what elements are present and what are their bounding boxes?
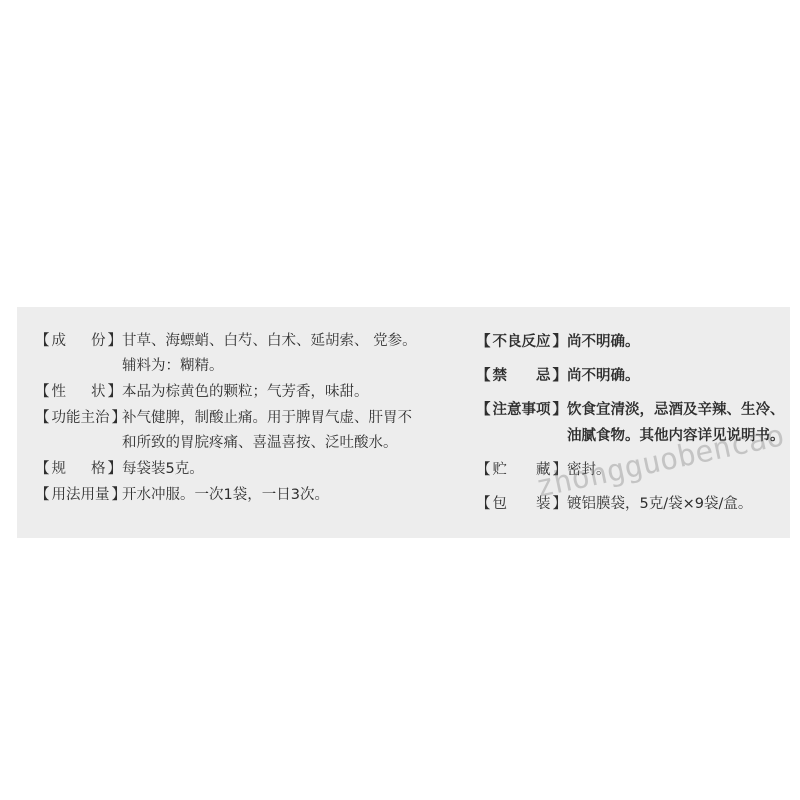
entry-label: 【 用法用量 】 xyxy=(35,483,122,508)
entry-label: 【 规 格 】 xyxy=(35,457,122,482)
right-column: 【 不良反应 】 尚不明确。 【 禁 忌 】 尚不明确。 xyxy=(476,329,786,525)
label-char: 状 xyxy=(91,380,106,405)
close-bracket: 】 xyxy=(553,329,568,355)
open-bracket: 【 xyxy=(476,491,491,517)
entry-adverse-reactions: 【 不良反应 】 尚不明确。 xyxy=(476,329,786,355)
value-line: 甘草、海螵蛸、白芍、白术、延胡索、 党参。 xyxy=(122,329,455,354)
entry-indications: 【 功能主治 】 补气健脾，制酸止痛。用于脾胃气虚、肝胃不 和所致的胃脘疼痛、喜… xyxy=(35,406,455,456)
entry-description: 【 性 状 】 本品为棕黄色的颗粒；气芳香，味甜。 xyxy=(35,380,455,405)
entry-dosage: 【 用法用量 】 开水冲服。一次1袋，一日3次。 xyxy=(35,483,455,508)
label-char: 用法用量 xyxy=(52,483,110,508)
entry-value: 镀铝膜袋，5克/袋×9袋/盒。 xyxy=(567,491,786,517)
label-char: 不良反应 xyxy=(493,329,551,355)
entry-value: 每袋装5克。 xyxy=(122,457,455,482)
entry-label: 【 功能主治 】 xyxy=(35,406,122,431)
entry-value: 尚不明确。 xyxy=(567,363,786,389)
value-line: 尚不明确。 xyxy=(567,363,786,389)
entry-label: 【 包 装 】 xyxy=(476,491,567,517)
close-bracket: 】 xyxy=(108,457,123,482)
entry-label: 【 性 状 】 xyxy=(35,380,122,405)
open-bracket: 【 xyxy=(35,380,50,405)
entry-label: 【 不良反应 】 xyxy=(476,329,567,355)
entry-packaging: 【 包 装 】 镀铝膜袋，5克/袋×9袋/盒。 xyxy=(476,491,786,517)
open-bracket: 【 xyxy=(35,406,50,431)
label-char: 格 xyxy=(91,457,106,482)
entry-specification: 【 规 格 】 每袋装5克。 xyxy=(35,457,455,482)
open-bracket: 【 xyxy=(35,329,50,354)
value-line: 开水冲服。一次1袋，一日3次。 xyxy=(122,483,455,508)
label-panel: 【 成 份 】 甘草、海螵蛸、白芍、白术、延胡索、 党参。 辅料为：糊精。 【 … xyxy=(17,307,790,538)
entry-precautions: 【 注意事项 】 饮食宜清淡，忌酒及辛辣、生冷、 油腻食物。其他内容详见说明书。 xyxy=(476,397,786,449)
open-bracket: 【 xyxy=(476,329,491,355)
entry-value: 本品为棕黄色的颗粒；气芳香，味甜。 xyxy=(122,380,455,405)
open-bracket: 【 xyxy=(35,483,50,508)
label-char: 忌 xyxy=(536,363,551,389)
value-line: 本品为棕黄色的颗粒；气芳香，味甜。 xyxy=(122,380,455,405)
open-bracket: 【 xyxy=(476,397,491,423)
entry-value: 甘草、海螵蛸、白芍、白术、延胡索、 党参。 辅料为：糊精。 xyxy=(122,329,455,379)
entry-label: 【 禁 忌 】 xyxy=(476,363,567,389)
entry-storage: 【 贮 藏 】 密封。 xyxy=(476,457,786,483)
open-bracket: 【 xyxy=(476,363,491,389)
label-char: 份 xyxy=(91,329,106,354)
value-line: 补气健脾，制酸止痛。用于脾胃气虚、肝胃不 xyxy=(122,406,455,431)
label-char: 贮 xyxy=(493,457,508,483)
label-char: 规 xyxy=(52,457,67,482)
open-bracket: 【 xyxy=(35,457,50,482)
close-bracket: 】 xyxy=(553,397,568,423)
entry-value: 尚不明确。 xyxy=(567,329,786,355)
entry-ingredients: 【 成 份 】 甘草、海螵蛸、白芍、白术、延胡索、 党参。 辅料为：糊精。 xyxy=(35,329,455,379)
value-line: 油腻食物。其他内容详见说明书。 xyxy=(567,423,786,449)
value-line: 辅料为：糊精。 xyxy=(122,354,455,379)
entry-label: 【 成 份 】 xyxy=(35,329,122,354)
label-char: 性 xyxy=(52,380,67,405)
entry-value: 密封。 xyxy=(567,457,786,483)
value-line: 密封。 xyxy=(567,457,786,483)
label-char: 藏 xyxy=(536,457,551,483)
entry-value: 开水冲服。一次1袋，一日3次。 xyxy=(122,483,455,508)
close-bracket: 】 xyxy=(108,380,123,405)
entry-value: 饮食宜清淡，忌酒及辛辣、生冷、 油腻食物。其他内容详见说明书。 xyxy=(567,397,786,449)
close-bracket: 】 xyxy=(553,363,568,389)
entry-contraindications: 【 禁 忌 】 尚不明确。 xyxy=(476,363,786,389)
value-line: 饮食宜清淡，忌酒及辛辣、生冷、 xyxy=(567,397,786,423)
left-column: 【 成 份 】 甘草、海螵蛸、白芍、白术、延胡索、 党参。 辅料为：糊精。 【 … xyxy=(35,329,455,509)
close-bracket: 】 xyxy=(108,329,123,354)
value-line: 镀铝膜袋，5克/袋×9袋/盒。 xyxy=(567,491,786,517)
label-char: 成 xyxy=(52,329,67,354)
value-line: 每袋装5克。 xyxy=(122,457,455,482)
label-char: 注意事项 xyxy=(493,397,551,423)
entry-value: 补气健脾，制酸止痛。用于脾胃气虚、肝胃不 和所致的胃脘疼痛、喜温喜按、泛吐酸水。 xyxy=(122,406,455,456)
open-bracket: 【 xyxy=(476,457,491,483)
close-bracket: 】 xyxy=(553,457,568,483)
close-bracket: 】 xyxy=(553,491,568,517)
label-char: 功能主治 xyxy=(52,406,110,431)
label-char: 装 xyxy=(536,491,551,517)
value-line: 和所致的胃脘疼痛、喜温喜按、泛吐酸水。 xyxy=(122,431,455,456)
entry-label: 【 注意事项 】 xyxy=(476,397,567,423)
label-char: 包 xyxy=(493,491,508,517)
entry-label: 【 贮 藏 】 xyxy=(476,457,567,483)
label-char: 禁 xyxy=(493,363,508,389)
value-line: 尚不明确。 xyxy=(567,329,786,355)
